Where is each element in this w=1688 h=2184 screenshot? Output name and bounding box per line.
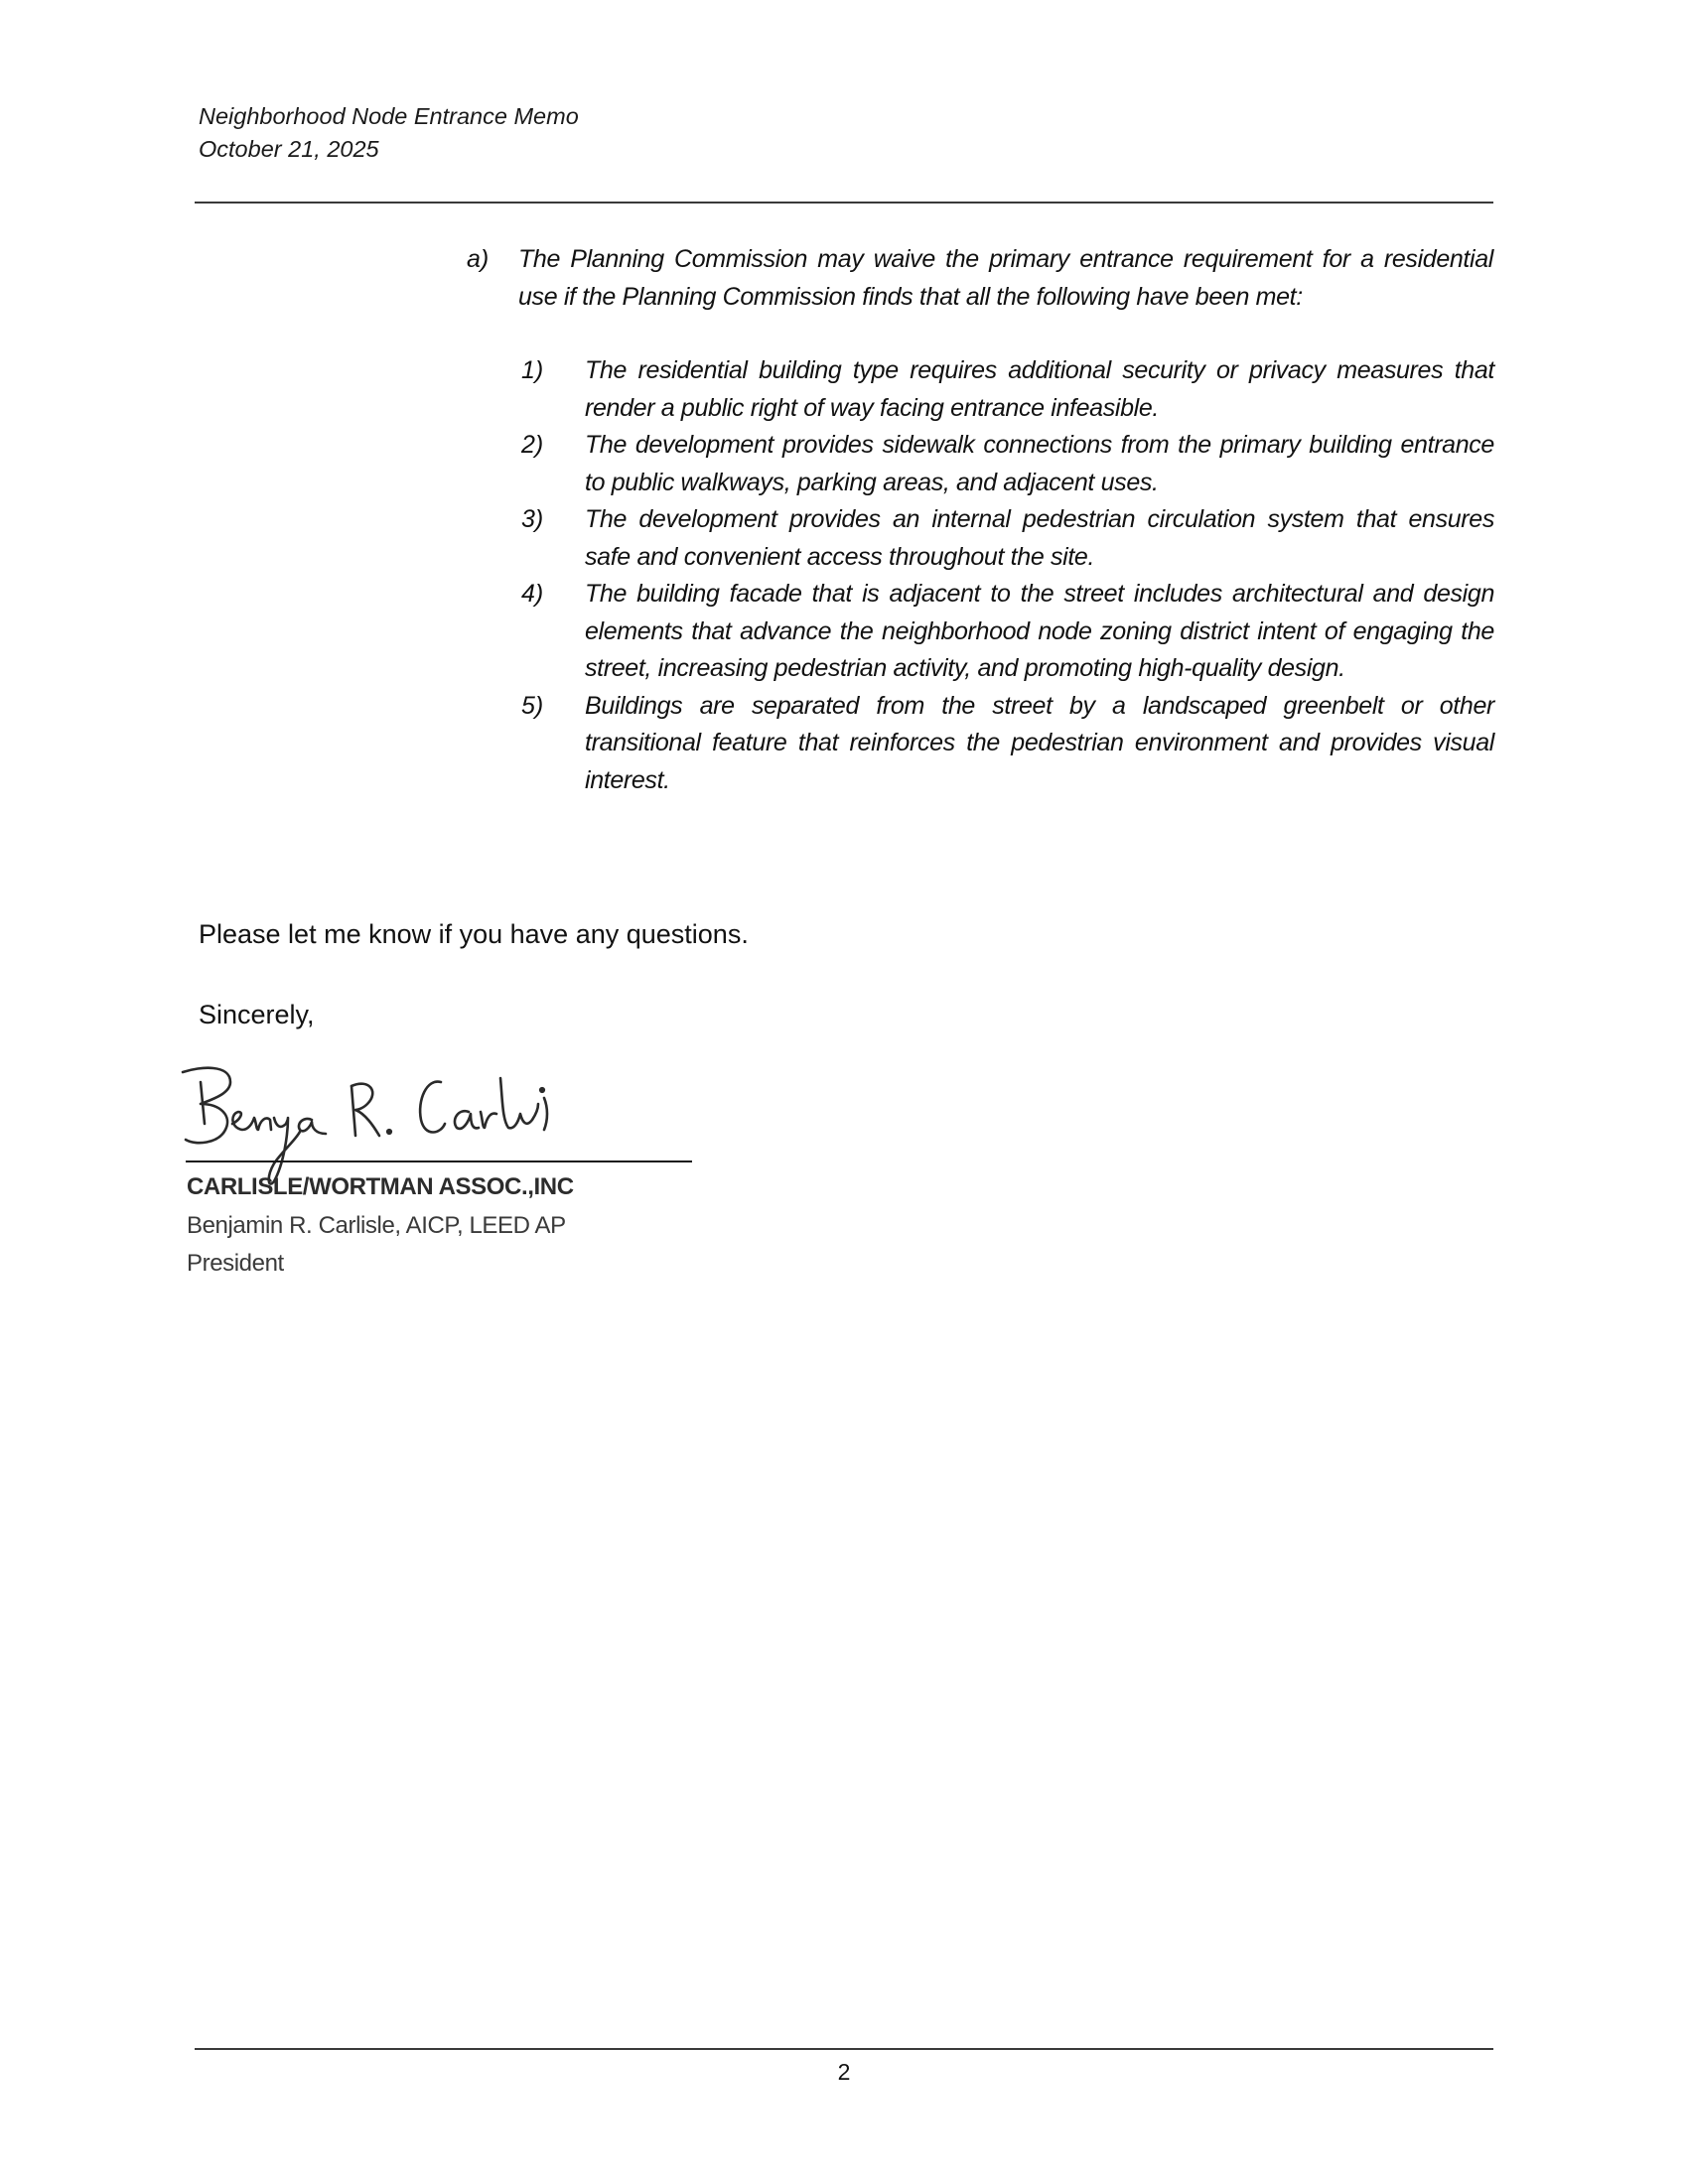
list-item: 4) The building facade that is adjacent … (521, 576, 1494, 688)
closing-salutation: Sincerely, (199, 996, 315, 1033)
page-number: 2 (0, 2057, 1688, 2087)
closing-questions: Please let me know if you have any quest… (199, 915, 749, 953)
waiver-conditions-list: 1) The residential building type require… (521, 352, 1494, 799)
signer-name: Benjamin R. Carlisle, AICP, LEED AP (187, 1207, 566, 1245)
signer-company: CARLISLE/WORTMAN ASSOC.,INC (187, 1168, 574, 1206)
list-item-number: 5) (521, 688, 543, 726)
list-item-text: The development provides an internal ped… (585, 501, 1494, 576)
signer-title: President (187, 1245, 284, 1283)
list-item-number: 3) (521, 501, 543, 539)
list-item-text: The development provides sidewalk connec… (585, 427, 1494, 501)
list-item-text: The residential building type requires a… (585, 352, 1494, 427)
list-item-number: 2) (521, 427, 543, 465)
waiver-provision-text: The Planning Commission may waive the pr… (518, 241, 1493, 316)
signature-line (186, 1160, 692, 1162)
list-item-text: The building facade that is adjacent to … (585, 576, 1494, 688)
header-divider (195, 202, 1493, 204)
list-item-number: 4) (521, 576, 543, 614)
list-item-number: 1) (521, 352, 543, 390)
footer-divider (195, 2048, 1493, 2050)
list-marker-a: a) (467, 241, 489, 279)
list-item-text: Buildings are separated from the street … (585, 688, 1494, 800)
list-item: 2) The development provides sidewalk con… (521, 427, 1494, 501)
list-item: 1) The residential building type require… (521, 352, 1494, 427)
list-item: 5) Buildings are separated from the stre… (521, 688, 1494, 800)
memo-title: Neighborhood Node Entrance Memo (199, 100, 579, 133)
list-item: 3) The development provides an internal … (521, 501, 1494, 576)
memo-date: October 21, 2025 (199, 133, 379, 166)
